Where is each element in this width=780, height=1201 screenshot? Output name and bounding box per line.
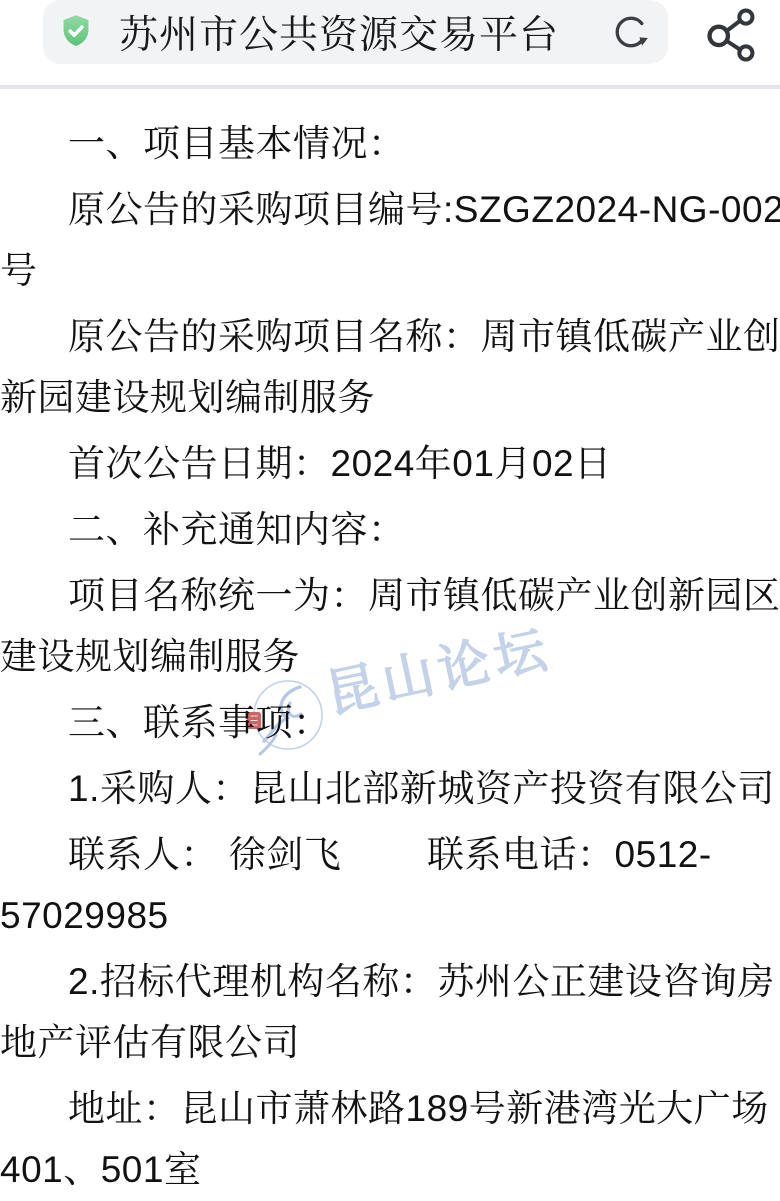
paragraph-section-3: 三、联系事项： xyxy=(0,692,768,753)
doc-line: 1.采购人：昆山北部新城资产投资有限公司 xyxy=(0,758,768,819)
security-shield-icon[interactable] xyxy=(59,11,93,53)
paragraph-unified-name: 项目名称统一为：周市镇低碳产业创新园区 建设规划编制服务 xyxy=(0,565,768,687)
doc-line: 原公告的采购项目名称：周市镇低碳产业创 xyxy=(0,306,768,367)
doc-line: 401、501室 xyxy=(0,1139,768,1200)
document-body: 昆山论坛 一、项目基本情况： 原公告的采购项目编号:SZGZ2024-NG-00… xyxy=(0,89,780,1200)
paragraph-project-name: 原公告的采购项目名称：周市镇低碳产业创 新园建设规划编制服务 xyxy=(0,306,768,428)
share-icon[interactable] xyxy=(700,6,762,64)
doc-line: 地产评估有限公司 xyxy=(0,1012,768,1073)
paragraph-section-2: 二、补充通知内容： xyxy=(0,499,768,560)
paragraph-purchaser: 1.采购人：昆山北部新城资产投资有限公司 xyxy=(0,758,768,819)
paragraph-address: 地址：昆山市萧林路189号新港湾光大广场 401、501室 xyxy=(0,1078,768,1200)
doc-line: 一、项目基本情况： xyxy=(0,113,768,174)
doc-line: 项目名称统一为：周市镇低碳产业创新园区 xyxy=(0,565,768,626)
document-text: 一、项目基本情况： 原公告的采购项目编号:SZGZ2024-NG-002 号 原… xyxy=(0,113,768,1200)
doc-line: 2.招标代理机构名称：苏州公正建设咨询房 xyxy=(0,951,768,1012)
refresh-icon[interactable] xyxy=(608,9,654,55)
doc-line: 新园建设规划编制服务 xyxy=(0,367,768,428)
paragraph-project-number: 原公告的采购项目编号:SZGZ2024-NG-002 号 xyxy=(0,179,768,301)
paragraph-agency: 2.招标代理机构名称：苏州公正建设咨询房 地产评估有限公司 xyxy=(0,951,768,1073)
page-title: 苏州市公共资源交易平台 xyxy=(119,4,608,60)
doc-line: 号 xyxy=(0,240,768,301)
doc-line: 建设规划编制服务 xyxy=(0,626,768,687)
address-bar[interactable]: 苏州市公共资源交易平台 xyxy=(43,0,668,64)
doc-line: 首次公告日期：2024年01月02日 xyxy=(0,433,768,494)
doc-line: 地址：昆山市萧林路189号新港湾光大广场 xyxy=(0,1078,768,1139)
browser-header: 苏州市公共资源交易平台 xyxy=(0,0,780,89)
doc-line: 二、补充通知内容： xyxy=(0,499,768,560)
doc-line: 联系人： 徐剑飞 联系电话：0512- xyxy=(0,824,768,885)
doc-line: 57029985 xyxy=(0,885,768,946)
browser-page: 苏州市公共资源交易平台 xyxy=(0,0,780,1201)
doc-line: 三、联系事项： xyxy=(0,692,768,753)
doc-line: 原公告的采购项目编号:SZGZ2024-NG-002 xyxy=(0,179,768,240)
paragraph-first-notice-date: 首次公告日期：2024年01月02日 xyxy=(0,433,768,494)
paragraph-contact: 联系人： 徐剑飞 联系电话：0512- 57029985 xyxy=(0,824,768,946)
paragraph-section-1: 一、项目基本情况： xyxy=(0,113,768,174)
